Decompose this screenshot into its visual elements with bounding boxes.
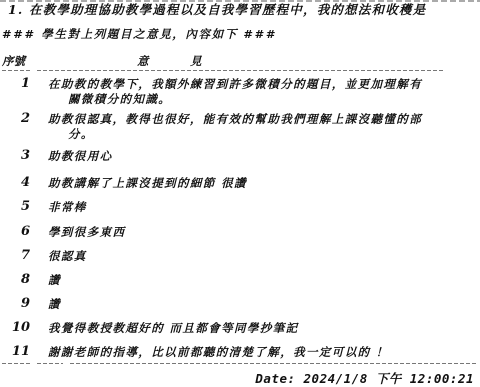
date-stamp: Date: 2024/1/8 下午 12:00:21: [255, 369, 474, 387]
row-number: 3: [0, 148, 30, 163]
header-number: 序號: [2, 53, 25, 69]
row-text-line1: 在助教的教學下，我額外練習到許多微積分的題目，並更加理解有: [48, 77, 422, 91]
row-number: 6: [0, 224, 30, 239]
header-divider-opinion: [37, 70, 443, 71]
table-row: 助教講解了上課沒提到的細節 很讚: [48, 176, 438, 191]
row-text: 謝謝老師的指導，比以前都聽的清楚了解，我一定可以的 ！: [48, 345, 389, 359]
footer-divider-2: [37, 363, 63, 364]
row-number: 7: [0, 248, 30, 263]
table-row: 讚: [48, 273, 438, 288]
table-row: 我覺得教授教超好的 而且都會等同學抄筆記: [48, 321, 438, 336]
table-row: 助教很認真，教得也很好，能有效的幫助我們理解上課沒聽懂的部 分。: [48, 112, 438, 142]
header-divider-number: [2, 70, 32, 71]
row-text: 非常棒: [48, 200, 87, 214]
table-row: 很認真: [48, 249, 438, 264]
table-row: 讚: [48, 297, 438, 312]
row-text: 很認真: [48, 249, 87, 263]
row-text: 我覺得教授教超好的 而且都會等同學抄筆記: [48, 321, 299, 335]
row-number: 2: [0, 111, 30, 126]
table-row: 助教很用心: [48, 149, 438, 164]
row-text: 助教很用心: [48, 149, 113, 163]
question-title: 1. 在教學助理協助教學過程以及自我學習歷程中，我的想法和收穫是: [8, 0, 426, 18]
table-row: 學到很多東西: [48, 225, 438, 240]
row-text-line2: 分。: [48, 127, 438, 142]
row-number: 4: [0, 175, 30, 190]
row-text: 讚: [48, 273, 61, 287]
row-number: 11: [0, 344, 30, 359]
row-text: 學到很多東西: [48, 225, 125, 239]
row-number: 10: [0, 320, 30, 335]
row-text-line2: 關微積分的知識。: [48, 92, 438, 107]
row-number: 1: [0, 76, 30, 91]
table-row: 非常棒: [48, 200, 438, 215]
row-text: 讚: [48, 297, 61, 311]
row-number: 5: [0, 199, 30, 214]
table-row: 謝謝老師的指導，比以前都聽的清楚了解，我一定可以的 ！: [48, 345, 438, 360]
row-text-line1: 助教很認真，教得也很好，能有效的幫助我們理解上課沒聽懂的部: [48, 112, 422, 126]
intro-heading: ### 學生對上列題目之意見，內容如下 ###: [2, 26, 277, 42]
row-text: 助教講解了上課沒提到的細節 很讚: [48, 176, 247, 190]
header-opinion-2: 見: [190, 53, 202, 69]
footer-divider-3: [70, 363, 478, 364]
table-row: 在助教的教學下，我額外練習到許多微積分的題目，並更加理解有 關微積分的知識。: [48, 77, 438, 107]
row-number: 9: [0, 296, 30, 311]
footer-divider-1: [2, 363, 32, 364]
row-number: 8: [0, 272, 30, 287]
header-opinion-1: 意: [137, 53, 149, 69]
